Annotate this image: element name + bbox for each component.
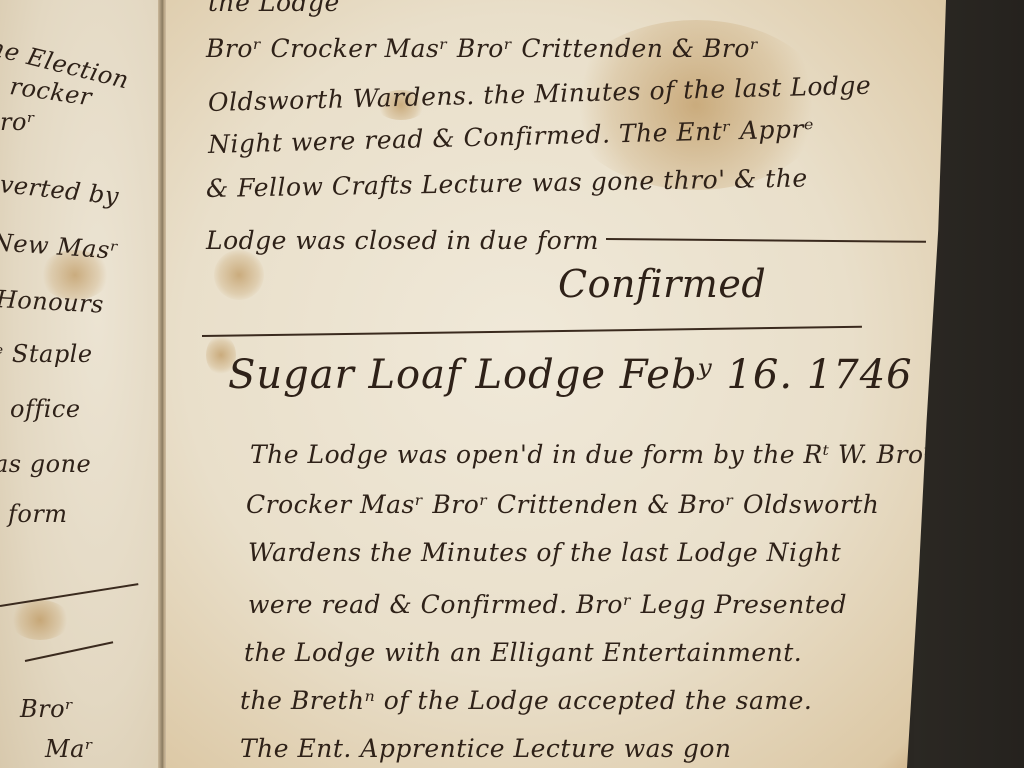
right-page: the Lodge Broʳ Crocker Masʳ Broʳ Critten… — [166, 0, 946, 768]
left-fragment: Broʳ — [20, 695, 74, 723]
stain — [214, 250, 264, 300]
entry-heading: Sugar Loaf Lodge Febʸ 16. 1746 — [228, 352, 913, 398]
text-line: & Fellow Crafts Lecture was gone thro' &… — [206, 164, 808, 203]
text-line: Lodge was closed in due form — [206, 226, 599, 255]
ruled-line — [0, 583, 138, 607]
ruled-line — [25, 641, 113, 662]
left-fragment: as gone — [0, 450, 91, 478]
left-fragment: Honours — [0, 285, 105, 319]
text-line: Wardens the Minutes of the last Lodge Ni… — [248, 538, 841, 567]
confirmed-signature: Confirmed — [558, 262, 766, 306]
text-line: Crocker Masʳ Broʳ Crittenden & Broʳ Olds… — [246, 490, 879, 519]
left-fragment: Maʳ — [45, 735, 94, 763]
left-fragment: New Masʳ — [0, 228, 120, 265]
text-line: were read & Confirmed. Broʳ Legg Present… — [248, 590, 847, 619]
text-line: the Lodge — [208, 0, 340, 17]
section-divider — [202, 326, 862, 337]
stain — [10, 600, 70, 640]
left-fragment: ᵉ Staple — [0, 340, 93, 368]
left-fragment: roʳ — [0, 108, 36, 136]
text-line: The Ent. Apprentice Lecture was gon — [240, 734, 731, 763]
text-line: The Lodge was open'd in due form by the … — [250, 440, 933, 469]
text-line: the Brethⁿ of the Lodge accepted the sam… — [240, 686, 812, 715]
left-page: the Election rocker roʳ verted by New Ma… — [0, 0, 162, 768]
left-fragment: office — [10, 395, 81, 423]
flourish — [606, 238, 926, 243]
left-fragment: verted by — [0, 170, 120, 210]
text-line: Broʳ Crocker Masʳ Broʳ Crittenden & Broʳ — [206, 34, 759, 63]
text-line: the Lodge with an Elligant Entertainment… — [244, 638, 802, 667]
left-fragment: form — [8, 500, 68, 528]
